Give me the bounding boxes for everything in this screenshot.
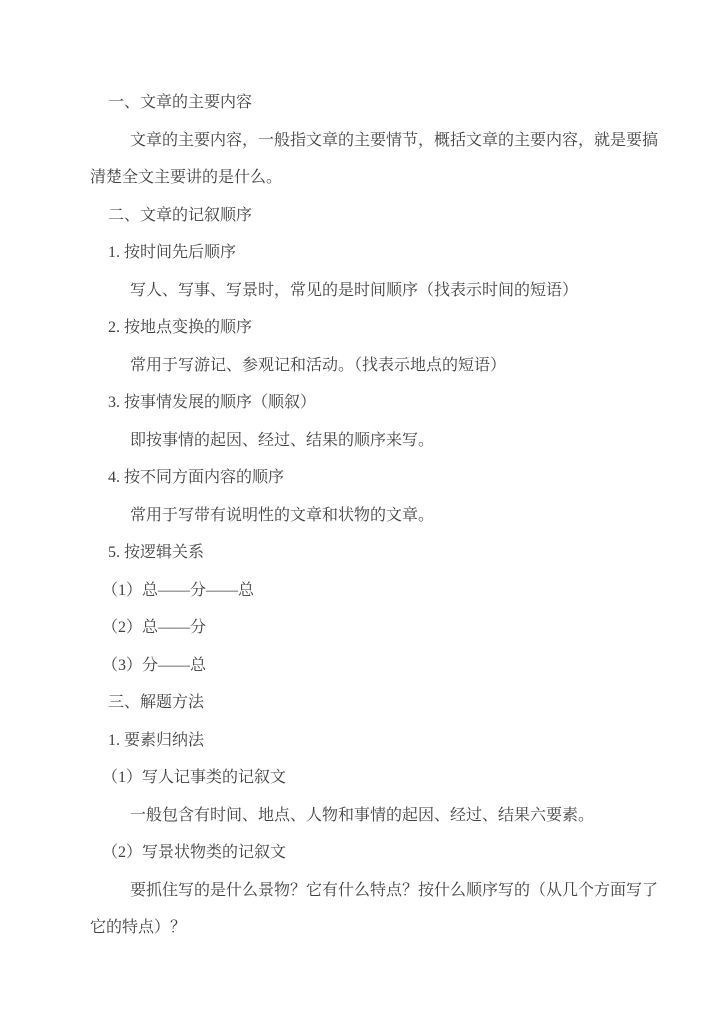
sub-item: （3）分——总 — [90, 647, 644, 685]
paragraph-line: 常用于写带有说明性的文章和状物的文章。 — [90, 497, 644, 535]
paragraph-line: 它的特点）？ — [90, 909, 644, 947]
section-heading: 三、解题方法 — [90, 684, 644, 722]
numbered-item: 2. 按地点变换的顺序 — [90, 309, 644, 347]
sub-item: （2）总——分 — [90, 609, 644, 647]
sub-item: （1）总——分——总 — [90, 572, 644, 610]
paragraph-line: 清楚全文主要讲的是什么。 — [90, 159, 644, 197]
numbered-item: 1. 要素归纳法 — [90, 722, 644, 760]
paragraph-line: 文章的主要内容，一般指文章的主要情节，概括文章的主要内容，就是要搞 — [90, 122, 644, 160]
sub-item: （2）写景状物类的记叙文 — [90, 834, 644, 872]
numbered-item: 5. 按逻辑关系 — [90, 534, 644, 572]
paragraph-line: 一般包含有时间、地点、人物和事情的起因、经过、结果六要素。 — [90, 797, 644, 835]
numbered-item: 1. 按时间先后顺序 — [90, 234, 644, 272]
paragraph-line: 常用于写游记、参观记和活动。（找表示地点的短语） — [90, 347, 644, 385]
section-heading: 一、文章的主要内容 — [90, 84, 644, 122]
numbered-item: 4. 按不同方面内容的顺序 — [90, 459, 644, 497]
sub-item: （1）写人记事类的记叙文 — [90, 759, 644, 797]
paragraph-line: 即按事情的起因、经过、结果的顺序来写。 — [90, 422, 644, 460]
section-heading: 二、文章的记叙顺序 — [90, 197, 644, 235]
numbered-item: 3. 按事情发展的顺序（顺叙） — [90, 384, 644, 422]
document-page: 一、文章的主要内容 文章的主要内容，一般指文章的主要情节，概括文章的主要内容，就… — [0, 0, 724, 1024]
paragraph-line: 要抓住写的是什么景物？它有什么特点？按什么顺序写的（从几个方面写了 — [90, 872, 644, 910]
document-content: 一、文章的主要内容 文章的主要内容，一般指文章的主要情节，概括文章的主要内容，就… — [90, 84, 644, 947]
paragraph-line: 写人、写事、写景时，常见的是时间顺序（找表示时间的短语） — [90, 272, 644, 310]
